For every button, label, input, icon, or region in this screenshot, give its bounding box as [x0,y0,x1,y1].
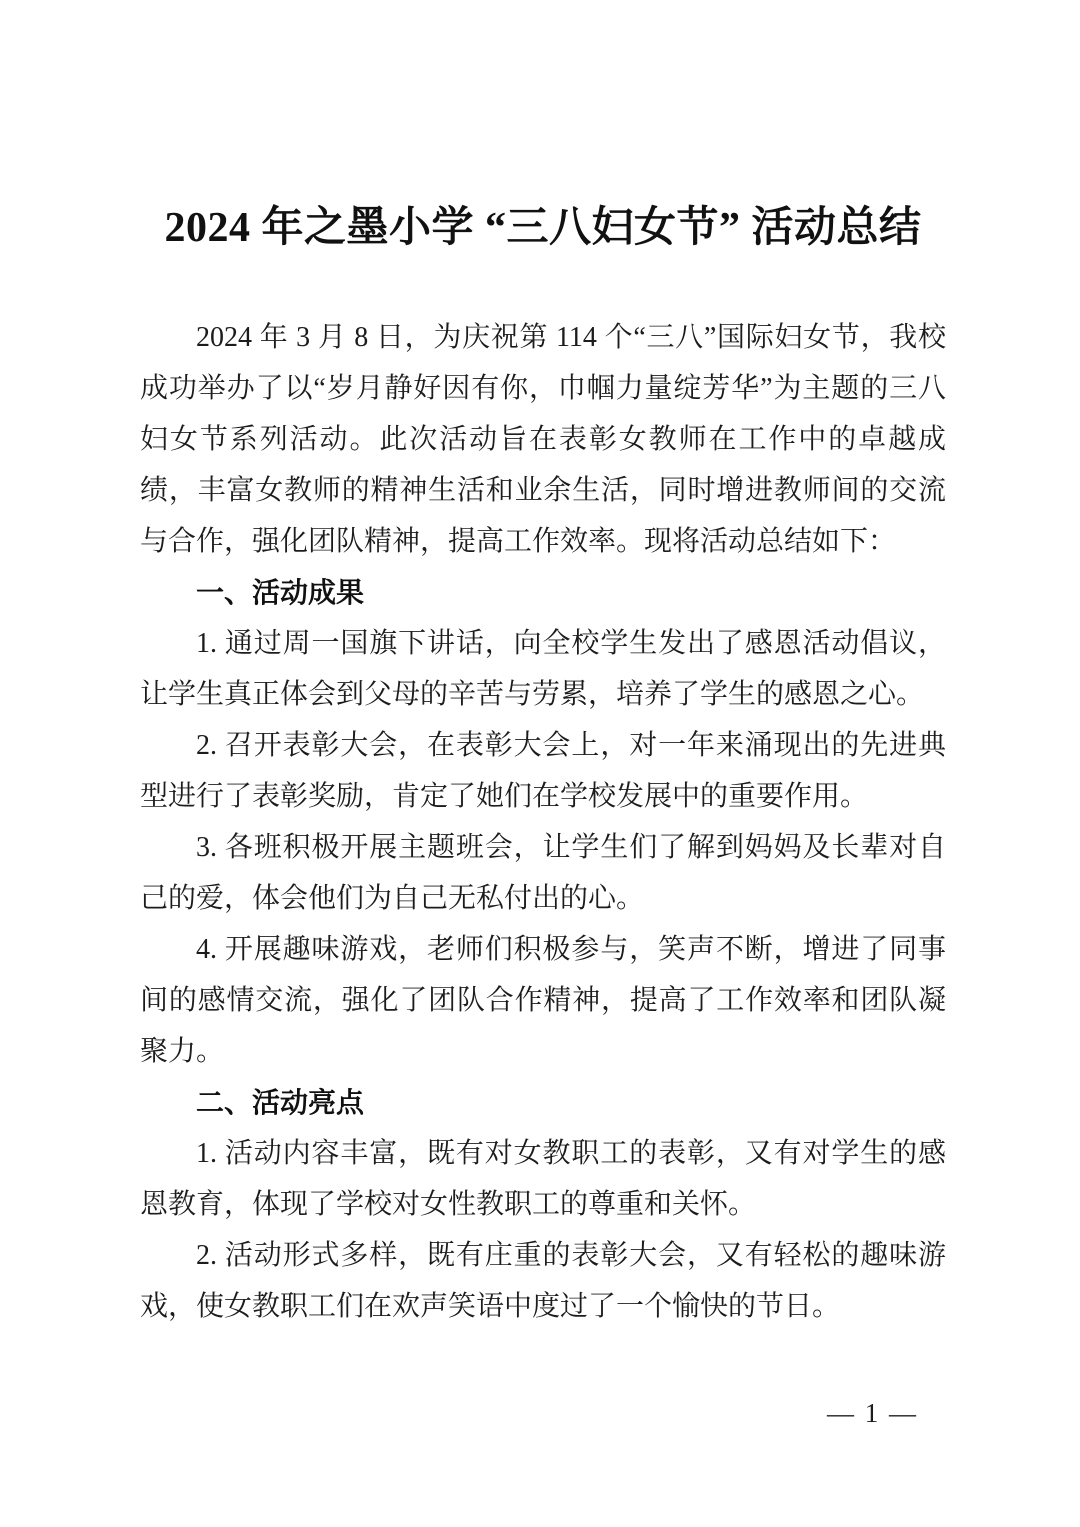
list-item-achievement-1: 1. 通过周一国旗下讲话，向全校学生发出了感恩活动倡议，让学生真正体会到父母的辛… [140,618,946,720]
document-page: 2024 年之墨小学 “三八妇女节” 活动总结 2024 年 3 月 8 日，为… [0,0,1080,1527]
document-title: 2024 年之墨小学 “三八妇女节” 活动总结 [140,198,946,258]
list-item-achievement-4: 4. 开展趣味游戏，老师们积极参与，笑声不断，增进了同事间的感情交流，强化了团队… [140,924,946,1077]
paragraph-intro: 2024 年 3 月 8 日，为庆祝第 114 个“三八”国际妇女节，我校成功举… [140,312,946,567]
document-content: 2024 年之墨小学 “三八妇女节” 活动总结 2024 年 3 月 8 日，为… [0,0,1080,1332]
list-item-achievement-2: 2. 召开表彰大会，在表彰大会上，对一年来涌现出的先进典型进行了表彰奖励，肯定了… [140,720,946,822]
page-number: — 1 — [827,1398,918,1429]
list-item-achievement-3: 3. 各班积极开展主题班会，让学生们了解到妈妈及长辈对自己的爱，体会他们为自己无… [140,822,946,924]
section-heading-achievements: 一、活动成果 [140,567,946,618]
list-item-highlight-2: 2. 活动形式多样，既有庄重的表彰大会，又有轻松的趣味游戏，使女教职工们在欢声笑… [140,1230,946,1332]
section-heading-highlights: 二、活动亮点 [140,1077,946,1128]
list-item-highlight-1: 1. 活动内容丰富，既有对女教职工的表彰，又有对学生的感恩教育，体现了学校对女性… [140,1128,946,1230]
